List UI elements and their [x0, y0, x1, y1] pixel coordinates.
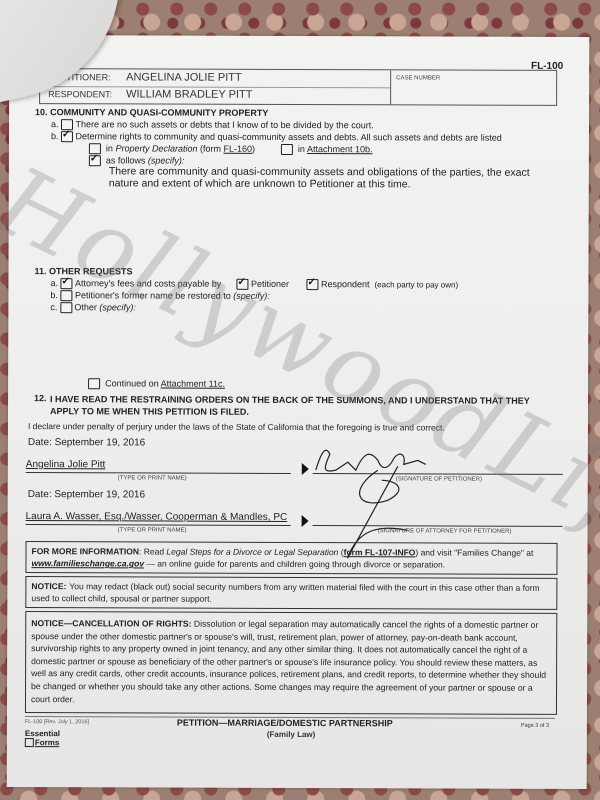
section-11-heading: 11. OTHER REQUESTS [34, 266, 132, 276]
checkbox-11a[interactable] [60, 278, 72, 289]
section-11b: b. Petitioner's former name be restored … [50, 290, 269, 302]
fees-respondent: Respondent (each party to pay own) [306, 279, 458, 291]
section-12-text: I HAVE READ THE RESTRAINING ORDERS ON TH… [50, 393, 540, 419]
section-12-number: 12. [34, 393, 47, 403]
checkbox-10b[interactable] [61, 131, 73, 142]
type-or-print-label-2: (TYPE OR PRINT NAME) [118, 527, 187, 533]
section-10a: a. There are no such assets or debts tha… [51, 119, 374, 131]
type-or-print-label-1: (TYPE OR PRINT NAME) [118, 475, 187, 481]
checkbox-fees-respondent[interactable] [306, 279, 318, 290]
notice-cancellation-box: NOTICE—CANCELLATION OF RIGHTS: Dissoluti… [25, 611, 557, 715]
section-10-heading: 10. COMMUNITY AND QUASI-COMMUNITY PROPER… [35, 107, 268, 118]
continued-attachment-11c: Continued on Attachment 11c. [88, 378, 225, 390]
attorney-name-line [26, 524, 291, 526]
form-title: PETITION—MARRIAGE/DOMESTIC PARTNERSHIP [177, 718, 393, 729]
form-page: FL-100 PETITIONER: ANGELINA JOLIE PITT R… [7, 35, 590, 789]
case-number-label: CASE NUMBER [396, 75, 440, 81]
fees-note: (each party to pay own) [375, 280, 459, 289]
more-info-box: FOR MORE INFORMATION: Read Legal Steps f… [25, 541, 557, 575]
respondent-label: RESPONDENT: [48, 89, 112, 99]
declaration-text: I declare under penalty of perjury under… [28, 421, 445, 432]
date-2: Date: September 19, 2016 [28, 489, 145, 500]
attorney-printed-name[interactable]: Laura A. Wasser, Esq./Wasser, Cooperman … [26, 511, 288, 523]
checkbox-11b[interactable] [60, 290, 72, 301]
date-2-value[interactable]: September 19, 2016 [54, 489, 145, 500]
form-revision: FL-100 [Rev. July 1, 2016] [25, 719, 89, 725]
fees-petitioner: Petitioner [236, 279, 289, 290]
fl-107-info-link[interactable]: form FL-107-INFO [344, 547, 416, 557]
forms-logo-icon [25, 738, 34, 747]
notice-redact-box: NOTICE: You may redact (black out) socia… [25, 576, 557, 610]
section-10-specify-text: There are community and quasi-community … [109, 165, 559, 191]
page-number: Page 3 of 3 [521, 723, 549, 729]
petitioner-name: ANGELINA JOLIE PITT [126, 71, 242, 83]
case-caption: PETITIONER: ANGELINA JOLIE PITT RESPONDE… [39, 68, 557, 106]
notice-redact-text: You may redact (black out) social securi… [31, 580, 546, 606]
fl-160-link[interactable]: FL-160 [223, 144, 252, 154]
section-10b: b. Determine rights to community and qua… [51, 131, 502, 144]
checkbox-attachment-11c[interactable] [88, 378, 100, 389]
section-11c: c. Other (specify): [50, 302, 136, 313]
date-1-value[interactable]: September 19, 2016 [55, 437, 146, 448]
checkbox-fees-petitioner[interactable] [236, 279, 248, 290]
arrow-icon-2 [302, 514, 309, 532]
checkbox-11c[interactable] [60, 302, 72, 313]
attorney-signature-label: (SIGNATURE OF ATTORNEY FOR PETITIONER) [378, 528, 512, 534]
essential-forms-logo: Essential Forms [25, 729, 60, 748]
petitioner-name-line [26, 472, 291, 474]
attachment-11c-link[interactable]: Attachment 11c. [161, 379, 225, 389]
families-change-link[interactable]: www.familieschange.ca.gov [31, 558, 144, 568]
section-10b2: in Attachment 10b. [281, 144, 373, 155]
checkbox-attachment-10b[interactable] [281, 144, 293, 155]
attachment-10b-link[interactable]: Attachment 10b. [307, 144, 373, 154]
date-1: Date: September 19, 2016 [28, 437, 145, 448]
caption-vertical-divider [390, 70, 391, 104]
section-11a: a. Attorney's fees and costs payable by [50, 278, 221, 290]
checkbox-as-follows[interactable] [89, 155, 101, 166]
petitioner-printed-name[interactable]: Angelina Jolie Pitt [26, 459, 106, 470]
section-10b1: in Property Declaration (form FL-160) [89, 143, 255, 155]
respondent-name: WILLIAM BRADLEY PITT [126, 88, 252, 100]
form-subtitle: (Family Law) [267, 730, 315, 739]
